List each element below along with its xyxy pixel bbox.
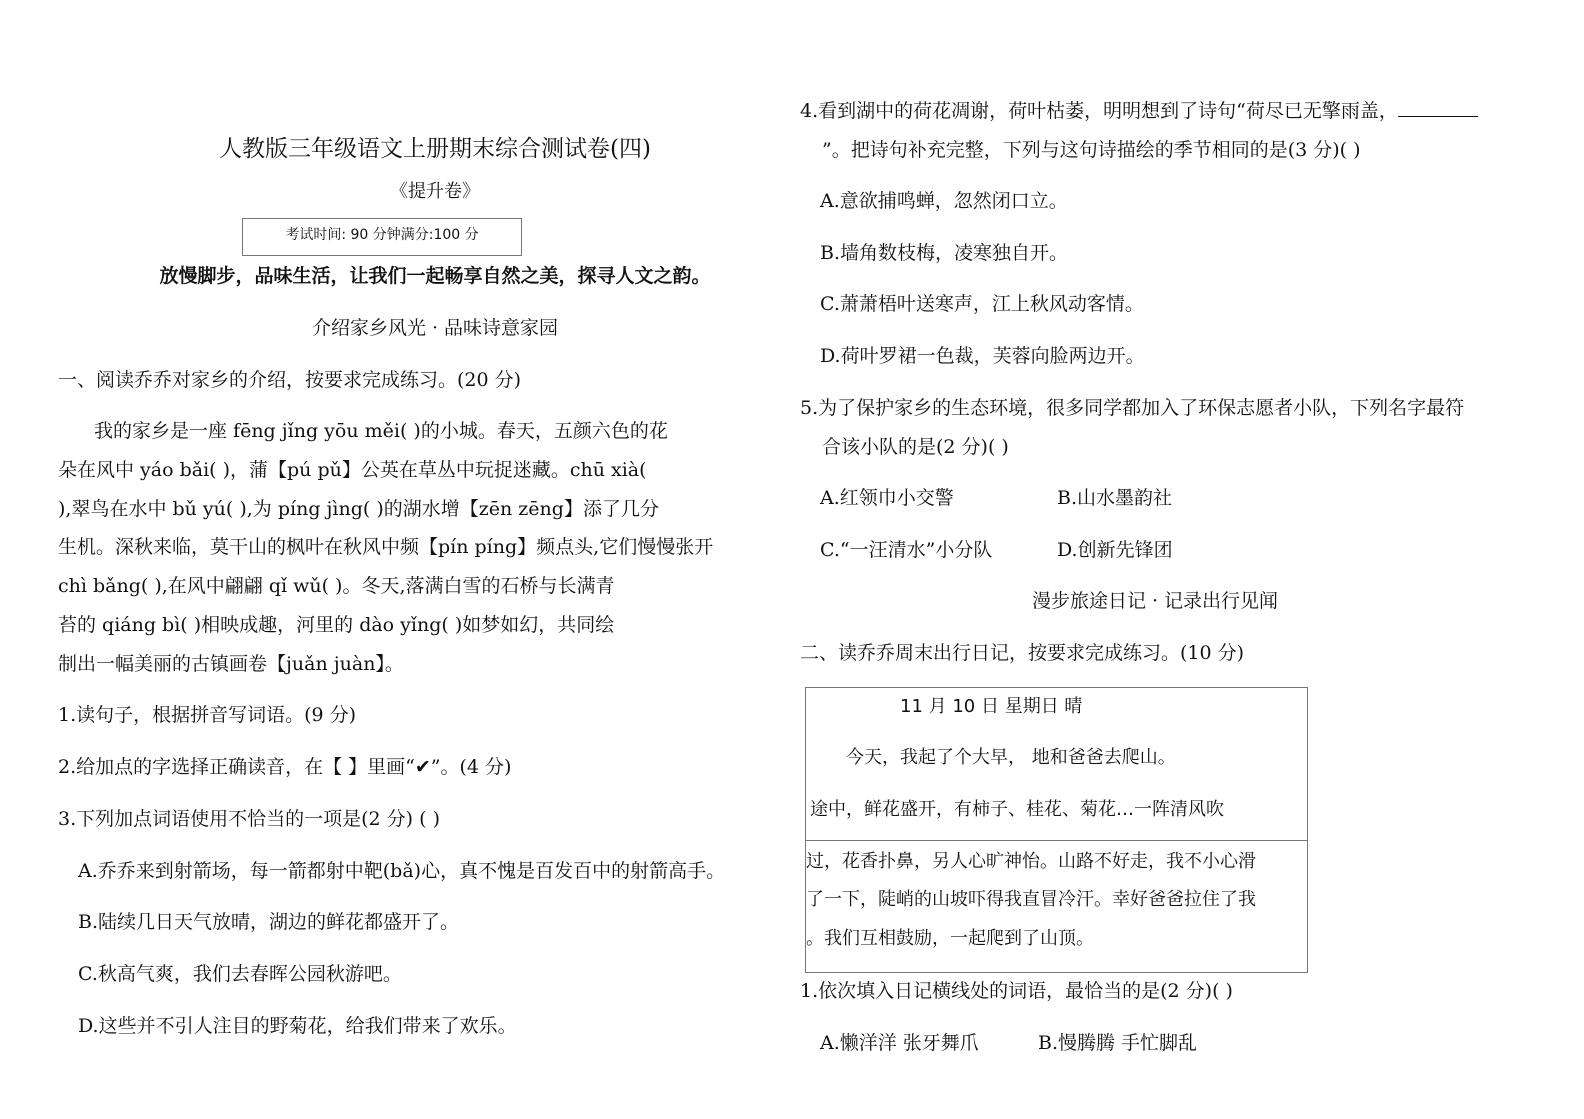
question-5-line2: 合该小队的是(2 分)( ) xyxy=(822,432,1009,459)
question-1: 1.读句子，根据拼音写词语。(9 分) xyxy=(58,700,356,727)
q5-option-d: D.创新先锋团 xyxy=(1057,535,1173,562)
exam-motto: 放慢脚步，品味生活，让我们一起畅享自然之美，探寻人文之韵。 xyxy=(0,261,870,288)
diary-divider xyxy=(806,840,1307,841)
diary-line: 了一下，陡峭的山坡吓得我直冒冷汗。幸好爸爸拉住了我 xyxy=(806,885,1256,911)
q3-option-c: C.秋高气爽，我们去春晖公园秋游吧。 xyxy=(78,959,402,986)
s2q1-option-b: B.慢腾腾 手忙脚乱 xyxy=(1038,1028,1197,1055)
passage-line: 朵在风中 yáo bǎi( )，蒲【pú pǔ】公英在草丛中玩捉迷藏。chū x… xyxy=(58,455,647,482)
q4-option-a: A.意欲捕鸣蝉，忽然闭口立。 xyxy=(820,186,1068,213)
diary-line: 过，花香扑鼻，另人心旷神怡。山路不好走，我不小心滑 xyxy=(806,847,1256,873)
question-5-line1: 5.为了保护家乡的生态环境，很多同学都加入了环保志愿者小队，下列名字最符 xyxy=(800,393,1464,420)
exam-title: 人教版三年级语文上册期末综合测试卷(四) xyxy=(0,130,870,163)
passage-line: 制出一幅美丽的古镇画卷【juǎn juàn】。 xyxy=(58,649,404,676)
passage-line: chì bǎng( ),在风中翩翩 qǐ wǔ( )。冬天,落满白雪的石桥与长满… xyxy=(58,571,615,598)
q4-option-d: D.荷叶罗裙一色裁，芙蓉向脸两边开。 xyxy=(820,341,1145,368)
section2-heading: 二、读乔乔周末出行日记，按要求完成练习。(10 分) xyxy=(800,638,1244,665)
diary-line: 。我们互相鼓励，一起爬到了山顶。 xyxy=(806,924,1094,950)
section2-question-1: 1.依次填入日记横线处的词语，最恰当的是(2 分)( ) xyxy=(800,976,1233,1003)
q3-option-a: A.乔乔来到射箭场，每一箭都射中靶(bǎ)心，真不愧是百发百中的射箭高手。 xyxy=(78,856,725,883)
exam-subtitle: 《提升卷》 xyxy=(0,177,870,203)
section1-theme: 介绍家乡风光 · 品味诗意家园 xyxy=(0,313,870,340)
question-4-text: 4.看到湖中的荷花凋谢，荷叶枯萎，明明想到了诗句“荷尽已无擎雨盖， xyxy=(800,100,1398,122)
exam-info-box: 考试时间: 90 分钟满分:100 分 xyxy=(242,218,522,256)
q5-option-c: C.“一汪清水”小分队 xyxy=(820,535,992,562)
q4-option-c: C.萧萧梧叶送寒声，江上秋风动客情。 xyxy=(820,289,1144,316)
diary-line: 途中，鲜花盛开，有柿子、桂花、菊花…一阵清风吹 xyxy=(810,795,1224,821)
question-3: 3.下列加点词语使用不恰当的一项是(2 分) ( ) xyxy=(58,804,440,831)
section2-theme: 漫步旅途日记 · 记录出行见闻 xyxy=(800,586,1510,613)
question-4-line1: 4.看到湖中的荷花凋谢，荷叶枯萎，明明想到了诗句“荷尽已无擎雨盖， xyxy=(800,96,1478,123)
passage-line: 我的家乡是一座 fēng jǐng yōu měi( )的小城。春天，五颜六色的… xyxy=(94,416,668,443)
diary-box: 11 月 10 日 星期日 晴 今天，我起了个大早， 地和爸爸去爬山。 途中，鲜… xyxy=(805,687,1308,973)
q3-option-d: D.这些并不引人注目的野菊花，给我们带来了欢乐。 xyxy=(78,1011,517,1038)
q5-option-a: A.红领巾小交警 xyxy=(820,483,954,510)
diary-line: 今天，我起了个大早， 地和爸爸去爬山。 xyxy=(846,743,1176,769)
passage-line: 苔的 qiáng bì( )相映成趣，河里的 dào yǐng( )如梦如幻，共… xyxy=(58,610,614,637)
passage-line: ),翠鸟在水中 bǔ yú( ),为 píng jìng( )的湖水增【zēn … xyxy=(58,494,659,521)
exam-info-text: 考试时间: 90 分钟满分:100 分 xyxy=(243,224,521,244)
q5-option-b: B.山水墨韵社 xyxy=(1057,483,1172,510)
fill-blank-line xyxy=(1398,98,1478,117)
s2q1-option-a: A.懒洋洋 张牙舞爪 xyxy=(820,1028,979,1055)
question-4-line2: ”。把诗句补充完整，下列与这句诗描绘的季节相同的是(3 分)( ) xyxy=(822,135,1361,162)
passage-line: 生机。深秋来临，莫干山的枫叶在秋风中频【pín píng】频点头,它们慢慢张开 xyxy=(58,532,713,559)
diary-date-line: 11 月 10 日 星期日 晴 xyxy=(900,692,1082,718)
section1-heading: 一、阅读乔乔对家乡的介绍，按要求完成练习。(20 分) xyxy=(58,365,521,392)
q3-option-b: B.陆续几日天气放晴，湖边的鲜花都盛开了。 xyxy=(78,907,459,934)
q4-option-b: B.墙角数枝梅，凌寒独自开。 xyxy=(820,238,1068,265)
question-2: 2.给加点的字选择正确读音，在【 】里画“✔”。(4 分) xyxy=(58,752,511,779)
